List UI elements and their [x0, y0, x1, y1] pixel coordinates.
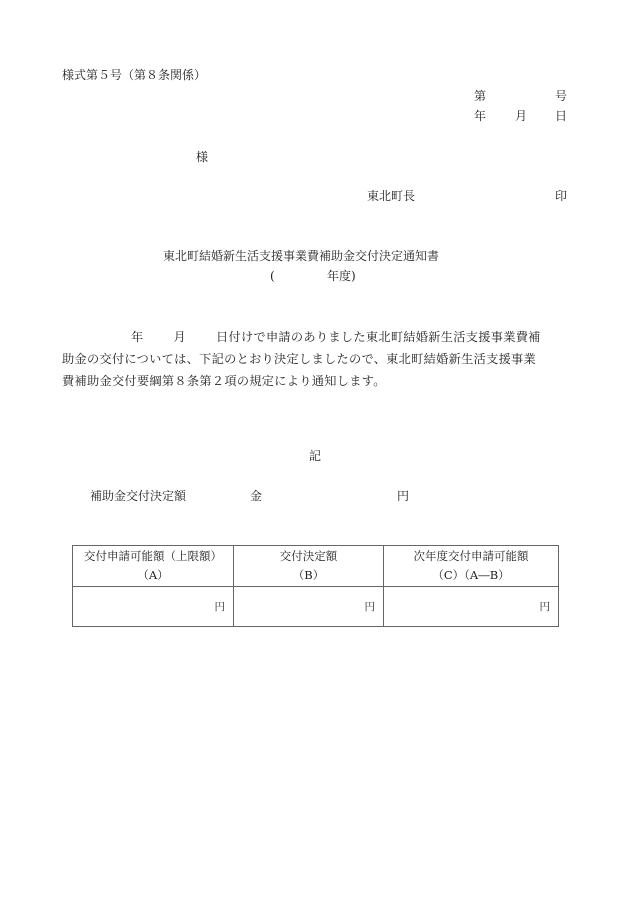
seal-mark: 印 — [555, 189, 567, 203]
document-number-prefix: 第 — [474, 89, 486, 103]
value-cell-a[interactable]: 円 — [73, 587, 234, 627]
table-header-row: 交付申請可能額（上限額）（A） 交付決定額（B） 次年度交付申請可能額（C）（A… — [73, 546, 559, 587]
document-number-suffix: 号 — [555, 89, 567, 103]
decision-amount-kin: 金 — [250, 489, 262, 503]
header-cell-a: 交付申請可能額（上限額）（A） — [73, 546, 234, 587]
date-year: 年 — [474, 109, 486, 123]
value-cell-c[interactable]: 円 — [384, 587, 559, 627]
body-line-2: 助金の交付については、下記のとおり決定しましたので、東北町結婚新生活支援事業 — [62, 348, 582, 370]
header-cell-b: 交付決定額（B） — [234, 546, 384, 587]
date-day: 日 — [555, 109, 567, 123]
fiscal-year-label: 年度) — [327, 269, 356, 283]
fiscal-year-open: ( — [270, 269, 275, 283]
body-line-1: 年月日付けで申請のありました東北町結婚新生活支援事業費補 — [62, 326, 582, 348]
amount-table: 交付申請可能額（上限額）（A） 交付決定額（B） 次年度交付申請可能額（C）（A… — [72, 545, 559, 627]
value-cell-b[interactable]: 円 — [234, 587, 384, 627]
date-month: 月 — [515, 109, 527, 123]
body-year: 年 — [131, 330, 144, 344]
document-title: 東北町結婚新生活支援事業費補助金交付決定通知書 — [163, 249, 439, 263]
body-month: 月 — [174, 330, 187, 344]
ki-heading: 記 — [309, 449, 321, 463]
addressee-suffix: 様 — [196, 150, 208, 164]
header-cell-c: 次年度交付申請可能額（C）（A―B） — [384, 546, 559, 587]
issuer-title: 東北町長 — [367, 189, 415, 203]
body-line-3: 費補助金交付要綱第８条第２項の規定により通知します。 — [62, 370, 582, 392]
form-label: 様式第５号（第８条関係） — [62, 68, 206, 82]
decision-amount-yen: 円 — [397, 489, 409, 503]
body-line-1-rest: 日付けで申請のありました東北町結婚新生活支援事業費補 — [216, 330, 541, 344]
table-row: 円 円 円 — [73, 587, 559, 627]
decision-amount-label: 補助金交付決定額 — [90, 489, 186, 503]
body-paragraph: 年月日付けで申請のありました東北町結婚新生活支援事業費補 助金の交付については、… — [62, 326, 582, 392]
